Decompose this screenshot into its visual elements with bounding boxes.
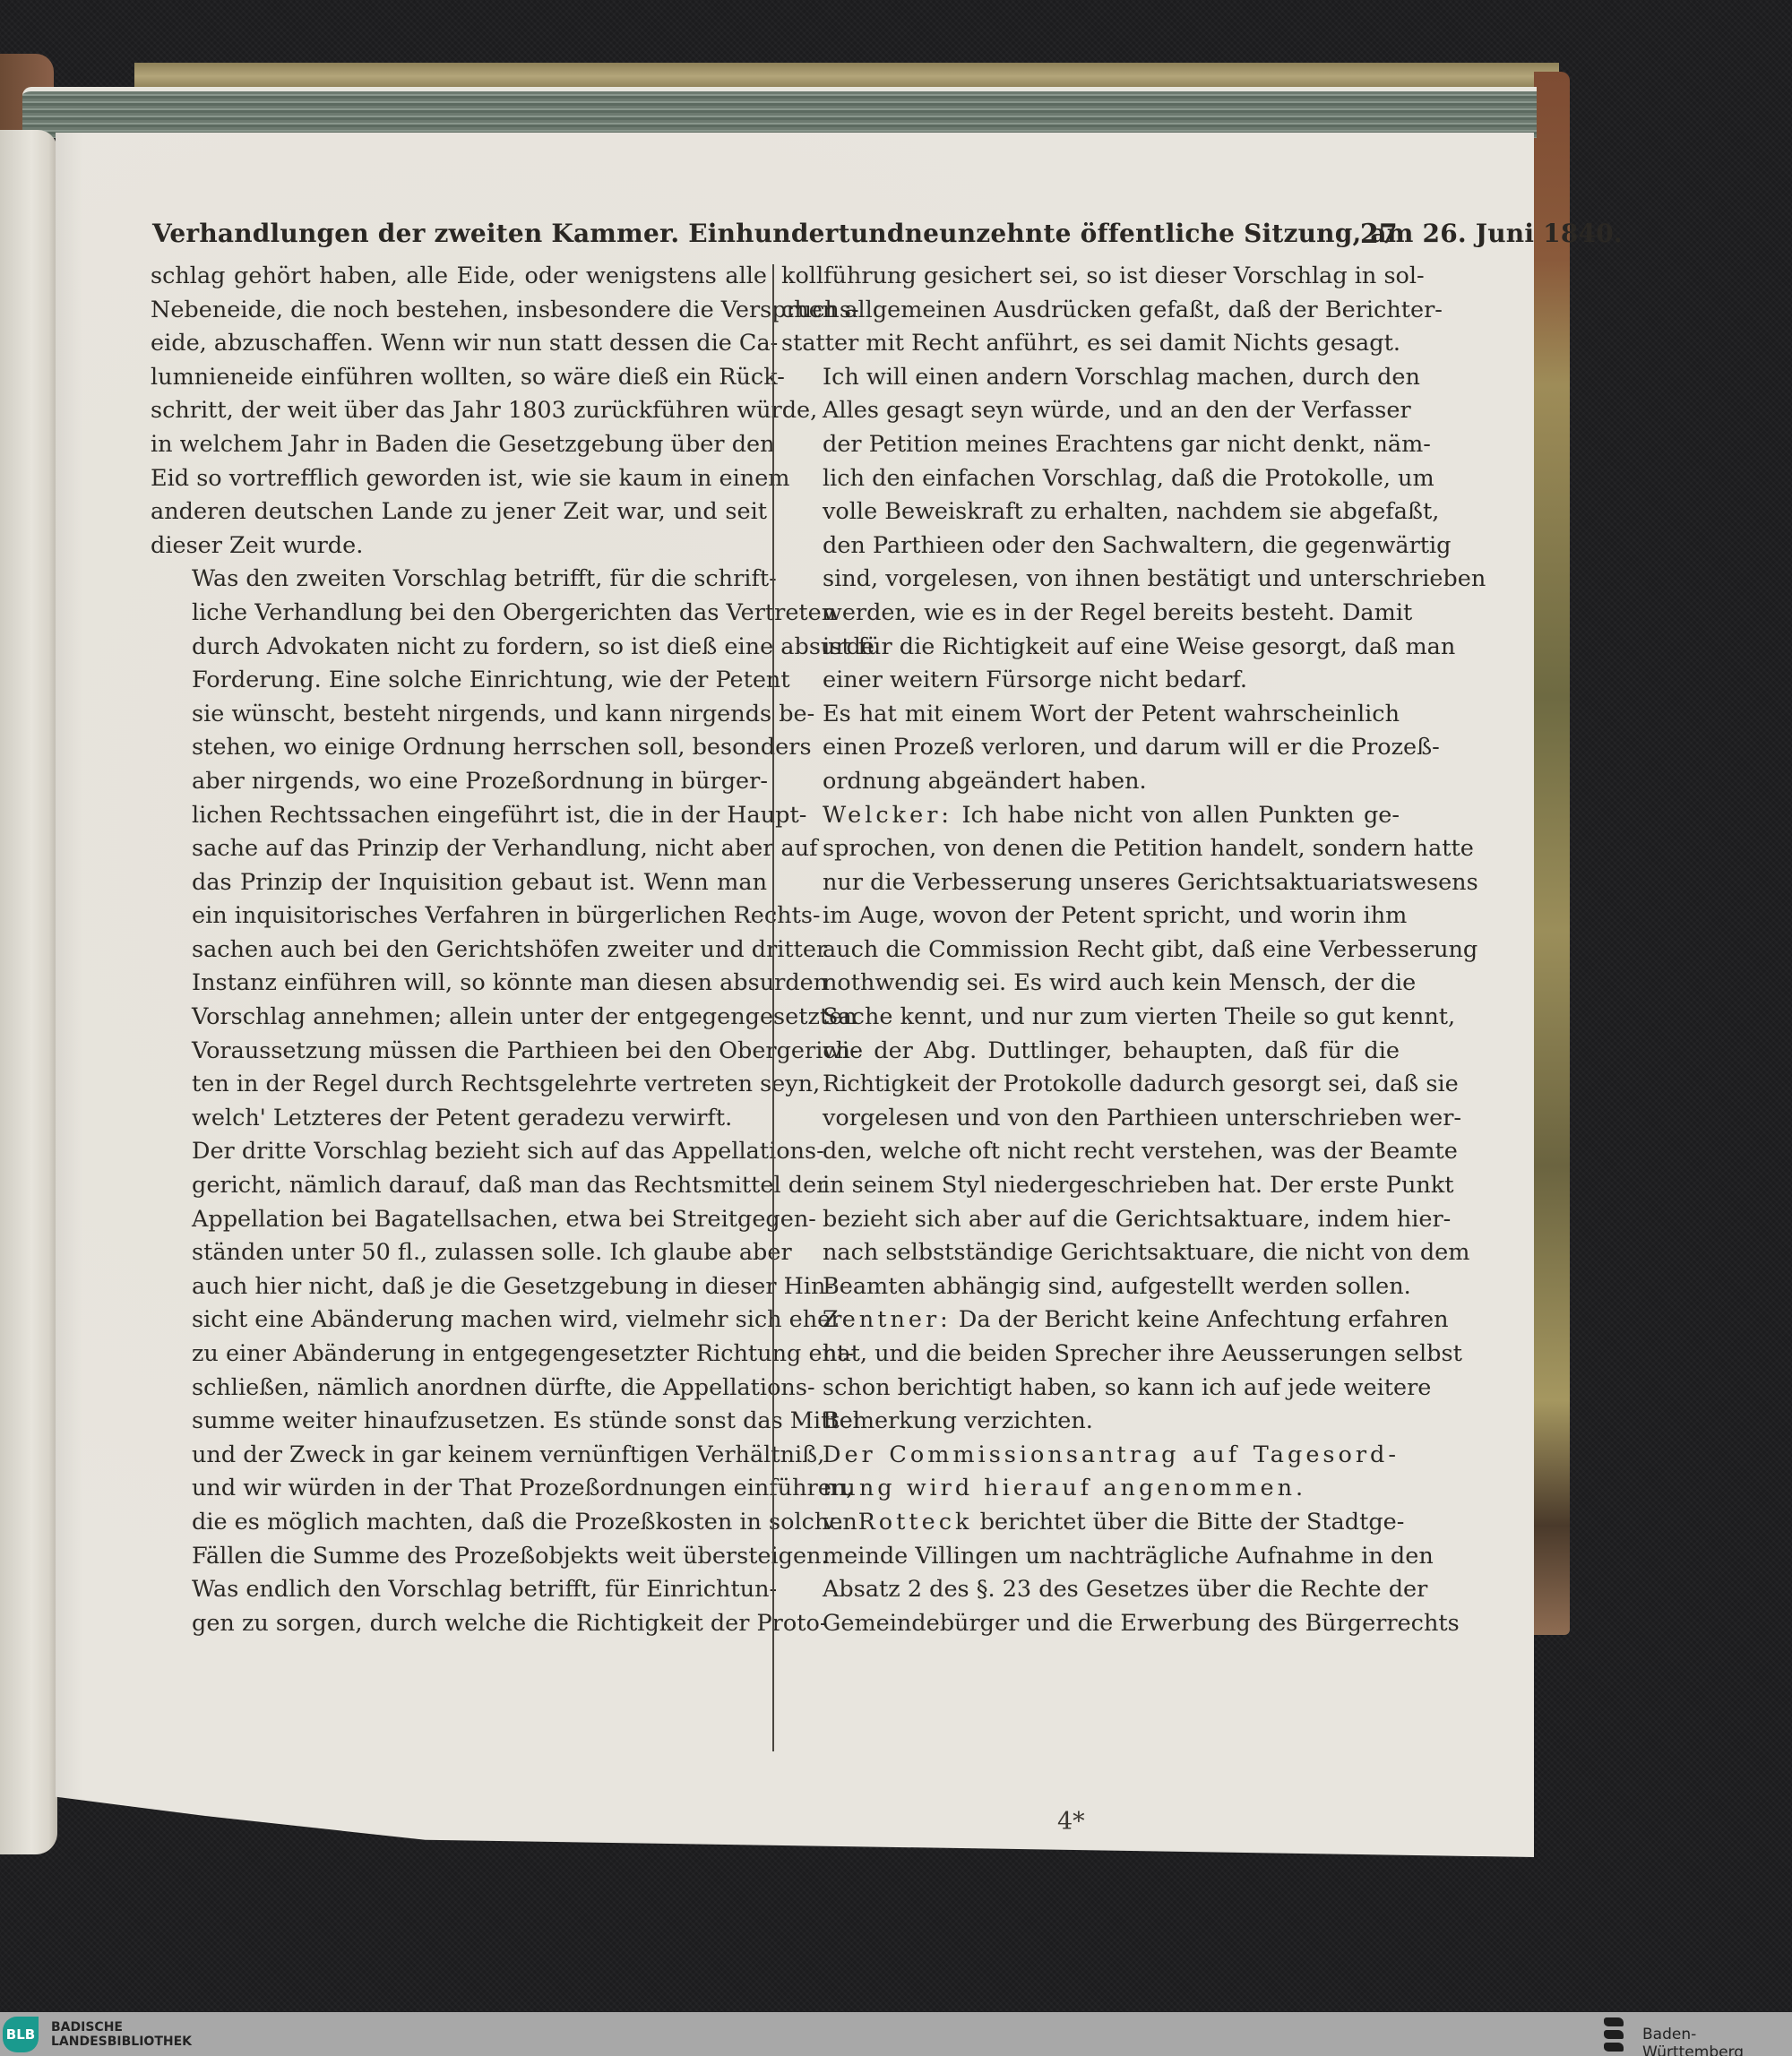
text-line: v. Rotteck berichtet über die Bitte der … [781, 1506, 1400, 1540]
previous-page-curl [0, 130, 57, 1854]
text-line: Beamten abhängig sind, aufgestellt werde… [781, 1270, 1400, 1304]
text-line: Der Commissionsantrag auf Tagesord- [781, 1439, 1400, 1473]
text-line: sie wünscht, besteht nirgends, und kann … [151, 698, 767, 732]
paragraph: Ich will einen andern Vorschlag machen, … [781, 361, 1400, 698]
text-line: auch die Commission Recht gibt, daß eine… [781, 933, 1400, 968]
text-line: sache auf das Prinzip der Verhandlung, n… [151, 832, 767, 866]
text-line: Richtigkeit der Protokolle dadurch gesor… [781, 1068, 1400, 1102]
text-line: sicht eine Abänderung machen wird, vielm… [151, 1303, 767, 1338]
text-line: zu einer Abänderung in entgegengesetzter… [151, 1338, 767, 1372]
text-line: sachen auch bei den Gerichtshöfen zweite… [151, 933, 767, 968]
text-line: summe weiter hinaufzusetzen. Es stünde s… [151, 1405, 767, 1439]
text-line: Gemeindebürger und die Erwerbung des Bür… [781, 1607, 1400, 1641]
text-line: Was endlich den Vorschlag betrifft, für … [151, 1573, 767, 1607]
text-line: bezieht sich aber auf die Gerichtsaktuar… [781, 1203, 1400, 1237]
speech-text: Da der Bericht keine Anfechtung erfahren [952, 1306, 1449, 1333]
signature-mark: 4* [1057, 1808, 1085, 1836]
paragraph: Welcker: Ich habe nicht von allen Punkte… [781, 799, 1400, 1304]
column-divider [772, 264, 774, 1751]
paragraph: kollführung gesichert sei, so ist dieser… [781, 260, 1400, 361]
text-line: der Petition meines Erachtens gar nicht … [781, 428, 1400, 462]
text-line: dieser Zeit wurde. [151, 529, 767, 563]
running-head: Verhandlungen der zweiten Kammer. Einhun… [152, 219, 1623, 248]
text-line: volle Beweiskraft zu erhalten, nachdem s… [781, 495, 1400, 529]
text-line: aber nirgends, wo eine Prozeßordnung in … [151, 765, 767, 799]
text-line: das Prinzip der Inquisition gebaut ist. … [151, 866, 767, 900]
text-line: sprochen, von denen die Petition handelt… [781, 832, 1400, 866]
text-line: schlag gehört haben, alle Eide, oder wen… [151, 260, 767, 294]
text-line: statter mit Recht anführt, es sei damit … [781, 327, 1400, 361]
paragraph: schlag gehört haben, alle Eide, oder wen… [151, 260, 767, 563]
text-line: ist für die Richtigkeit auf eine Weise g… [781, 631, 1400, 665]
text-line: Eid so vortrefflich geworden ist, wie si… [151, 462, 767, 496]
paragraph: Der Commissionsantrag auf Tagesord-nung … [781, 1439, 1400, 1506]
text-line: nur die Verbesserung unseres Gerichtsakt… [781, 866, 1400, 900]
text-line: Bemerkung verzichten. [781, 1405, 1400, 1439]
text-line: lich den einfachen Vorschlag, daß die Pr… [781, 462, 1400, 496]
text-line: lumnieneide einführen wollten, so wäre d… [151, 361, 767, 395]
text-line: Absatz 2 des §. 23 des Gesetzes über die… [781, 1573, 1400, 1607]
text-line: gericht, nämlich darauf, daß man das Rec… [151, 1169, 767, 1203]
speaker-name: v. Rotteck [823, 1509, 972, 1536]
text-line: wie der Abg. Duttlinger, behaupten, daß … [781, 1035, 1400, 1069]
text-line: schließen, nämlich anordnen dürfte, die … [151, 1372, 767, 1406]
text-line: ein inquisitorisches Verfahren in bürger… [151, 899, 767, 933]
text-line: den, welche oft nicht recht verstehen, w… [781, 1135, 1400, 1169]
text-line: Sache kennt, und nur zum vierten Theile … [781, 1001, 1400, 1035]
text-line: chen allgemeinen Ausdrücken gefaßt, daß … [781, 294, 1400, 328]
text-line: Appellation bei Bagatellsachen, etwa bei… [151, 1203, 767, 1237]
text-line: liche Verhandlung bei den Obergerichten … [151, 597, 767, 631]
lions-coat-of-arms-icon [1604, 2017, 1625, 2052]
text-line: in seinem Styl niedergeschrieben hat. De… [781, 1169, 1400, 1203]
text-line: welch' Letzteres der Petent geradezu ver… [151, 1102, 767, 1136]
paragraph: Was endlich den Vorschlag betrifft, für … [151, 1573, 767, 1640]
speaker-name: Zentner: [823, 1306, 952, 1333]
text-line: und der Zweck in gar keinem vernünftigen… [151, 1439, 767, 1473]
blb-wordmark: BADISCHE LANDESBIBLIOTHEK [51, 2020, 192, 2049]
text-line: ständen unter 50 fl., zulassen solle. Ic… [151, 1236, 767, 1270]
text-line: durch Advokaten nicht zu fordern, so ist… [151, 631, 767, 665]
text-line: kollführung gesichert sei, so ist dieser… [781, 260, 1400, 294]
text-line: Zentner: Da der Bericht keine Anfechtung… [781, 1303, 1400, 1338]
text-line: werden, wie es in der Regel bereits best… [781, 597, 1400, 631]
page-stack-edge [22, 87, 1537, 138]
left-text-column: schlag gehört haben, alle Eide, oder wen… [151, 260, 767, 1640]
text-line: meinde Villingen um nachträgliche Aufnah… [781, 1540, 1400, 1574]
blb-logo[interactable]: BLB [3, 2017, 39, 2052]
text-line: ten in der Regel durch Rechtsgelehrte ve… [151, 1068, 767, 1102]
paragraph: Der dritte Vorschlag bezieht sich auf da… [151, 1135, 767, 1573]
text-line: eide, abzuschaffen. Wenn wir nun statt d… [151, 327, 767, 361]
right-text-column: kollführung gesichert sei, so ist dieser… [781, 260, 1400, 1640]
paragraph: v. Rotteck berichtet über die Bitte der … [781, 1506, 1400, 1640]
text-line: Ich will einen andern Vorschlag machen, … [781, 361, 1400, 395]
text-line: und wir würden in der That Prozeßordnung… [151, 1472, 767, 1506]
text-line: vorgelesen und von den Parthieen untersc… [781, 1102, 1400, 1136]
text-line: einen Prozeß verloren, und darum will er… [781, 731, 1400, 765]
text-line: Alles gesagt seyn würde, und an den der … [781, 394, 1400, 428]
speaker-name: Welcker: [823, 802, 952, 829]
speech-text: Ich habe nicht von allen Punkten ge- [952, 802, 1400, 829]
text-line: in welchem Jahr in Baden die Gesetzgebun… [151, 428, 767, 462]
text-line: auch hier nicht, daß je die Gesetzgebung… [151, 1270, 767, 1304]
paragraph: Es hat mit einem Wort der Petent wahrsch… [781, 698, 1400, 799]
footer-bar: BLB BADISCHE LANDESBIBLIOTHEK Baden-Würt… [0, 2012, 1792, 2056]
text-line: ordnung abgeändert haben. [781, 765, 1400, 799]
blb-logo-mark: BLB [6, 2026, 35, 2043]
text-line: hat, und die beiden Sprecher ihre Aeusse… [781, 1338, 1400, 1372]
text-line: Was den zweiten Vorschlag betrifft, für … [151, 563, 767, 597]
text-line: gen zu sorgen, durch welche die Richtigk… [151, 1607, 767, 1641]
text-line: den Parthieen oder den Sachwaltern, die … [781, 529, 1400, 563]
book-cover-marbled-edge [1534, 72, 1570, 1635]
baden-wuerttemberg-logo-text[interactable]: Baden-Württemberg [1642, 2026, 1792, 2056]
text-line: einer weitern Fürsorge nicht bedarf. [781, 664, 1400, 698]
text-line: Welcker: Ich habe nicht von allen Punkte… [781, 799, 1400, 833]
text-line: Es hat mit einem Wort der Petent wahrsch… [781, 698, 1400, 732]
text-line: Forderung. Eine solche Einrichtung, wie … [151, 664, 767, 698]
paragraph: Zentner: Da der Bericht keine Anfechtung… [781, 1303, 1400, 1438]
blb-wordmark-line2: LANDESBIBLIOTHEK [51, 2034, 192, 2049]
text-line: Der dritte Vorschlag bezieht sich auf da… [151, 1135, 767, 1169]
text-line: anderen deutschen Lande zu jener Zeit wa… [151, 495, 767, 529]
text-line: Vorschlag annehmen; allein unter der ent… [151, 1001, 767, 1035]
text-line: schritt, der weit über das Jahr 1803 zur… [151, 394, 767, 428]
blb-wordmark-line1: BADISCHE [51, 2020, 192, 2034]
text-line: lichen Rechtssachen eingeführt ist, die … [151, 799, 767, 833]
text-line: nothwendig sei. Es wird auch kein Mensch… [781, 967, 1400, 1001]
text-line: die es möglich machten, daß die Prozeßko… [151, 1506, 767, 1540]
text-line: nung wird hierauf angenommen. [781, 1472, 1400, 1506]
text-line: schon berichtigt haben, so kann ich auf … [781, 1372, 1400, 1406]
speech-text: berichtet über die Bitte der Stadtge- [972, 1509, 1404, 1536]
text-line: Instanz einführen will, so könnte man di… [151, 967, 767, 1001]
book-top-edge [134, 63, 1559, 90]
text-line: nach selbstständige Gerichtsaktuare, die… [781, 1236, 1400, 1270]
paragraph: Was den zweiten Vorschlag betrifft, für … [151, 563, 767, 1135]
text-line: stehen, wo einige Ordnung herrschen soll… [151, 731, 767, 765]
page-header: Verhandlungen der zweiten Kammer. Einhun… [152, 215, 1407, 254]
text-line: Voraussetzung müssen die Parthieen bei d… [151, 1035, 767, 1069]
page-number: 27 [1360, 219, 1398, 250]
text-line: Fällen die Summe des Prozeßobjekts weit … [151, 1540, 767, 1574]
text-line: im Auge, wovon der Petent spricht, und w… [781, 899, 1400, 933]
text-line: Nebeneide, die noch bestehen, insbesonde… [151, 294, 767, 328]
text-line: sind, vorgelesen, von ihnen bestätigt un… [781, 563, 1400, 597]
